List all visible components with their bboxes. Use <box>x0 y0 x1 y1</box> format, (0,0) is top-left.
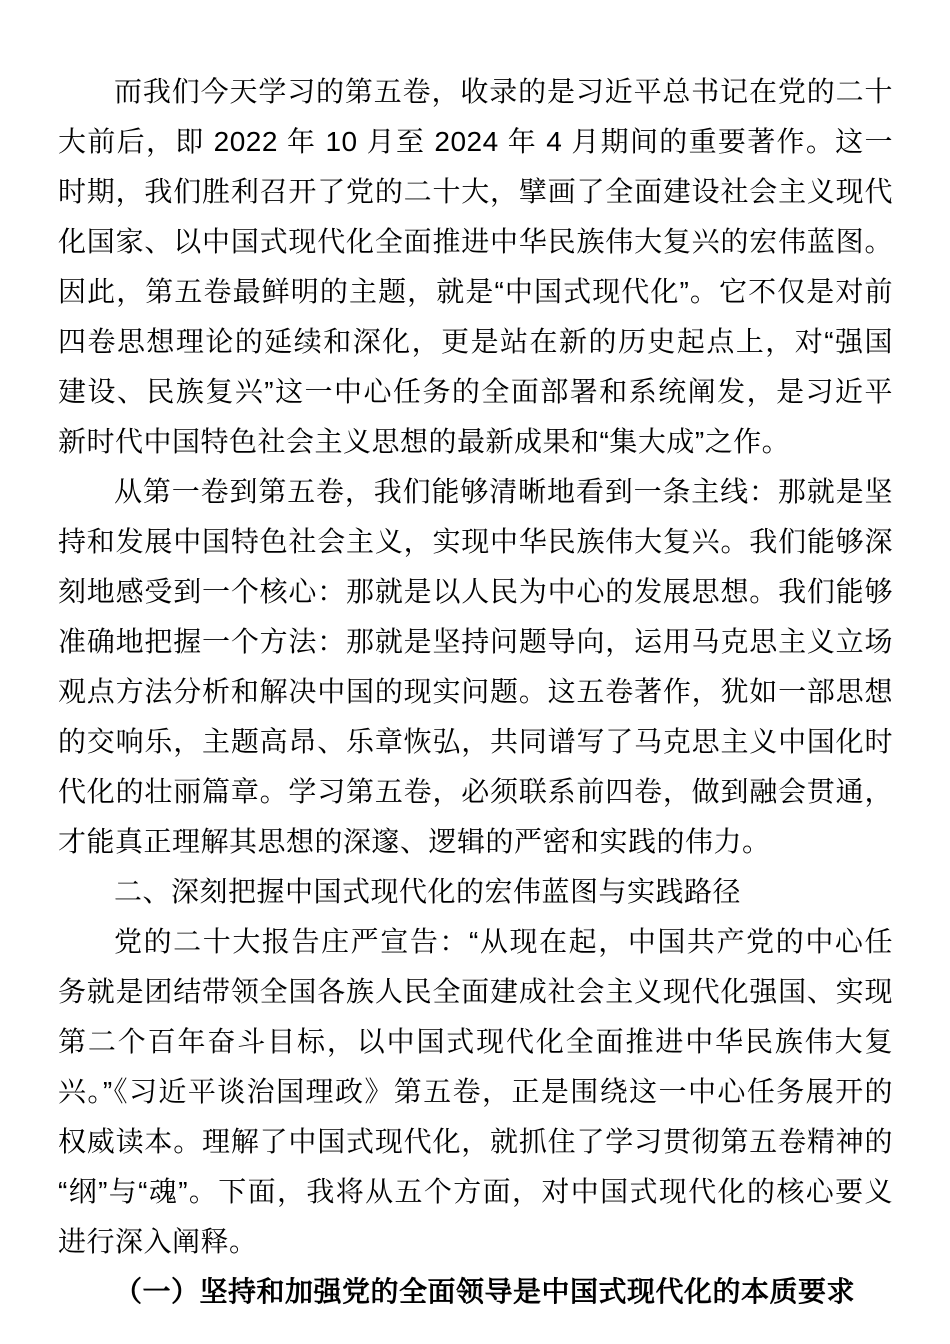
paragraph-volume5-overview: 而我们今天学习的第五卷，收录的是习近平总书记在党的二十大前后，即 2022 年 … <box>58 67 893 467</box>
section-heading-part-two: 二、深刻把握中国式现代化的宏伟蓝图与实践路径 <box>58 867 893 917</box>
subsection-heading-one: （一）坚持和加强党的全面领导是中国式现代化的本质要求 <box>58 1267 893 1317</box>
paragraph-mainline-core-method: 从第一卷到第五卷，我们能够清晰地看到一条主线：那就是坚持和发展中国特色社会主义，… <box>58 467 893 867</box>
document-page: 而我们今天学习的第五卷，收录的是习近平总书记在党的二十大前后，即 2022 年 … <box>0 0 950 1344</box>
paragraph-20th-congress-declaration: 党的二十大报告庄严宣告：“从现在起，中国共产党的中心任务就是团结带领全国各族人民… <box>58 917 893 1267</box>
